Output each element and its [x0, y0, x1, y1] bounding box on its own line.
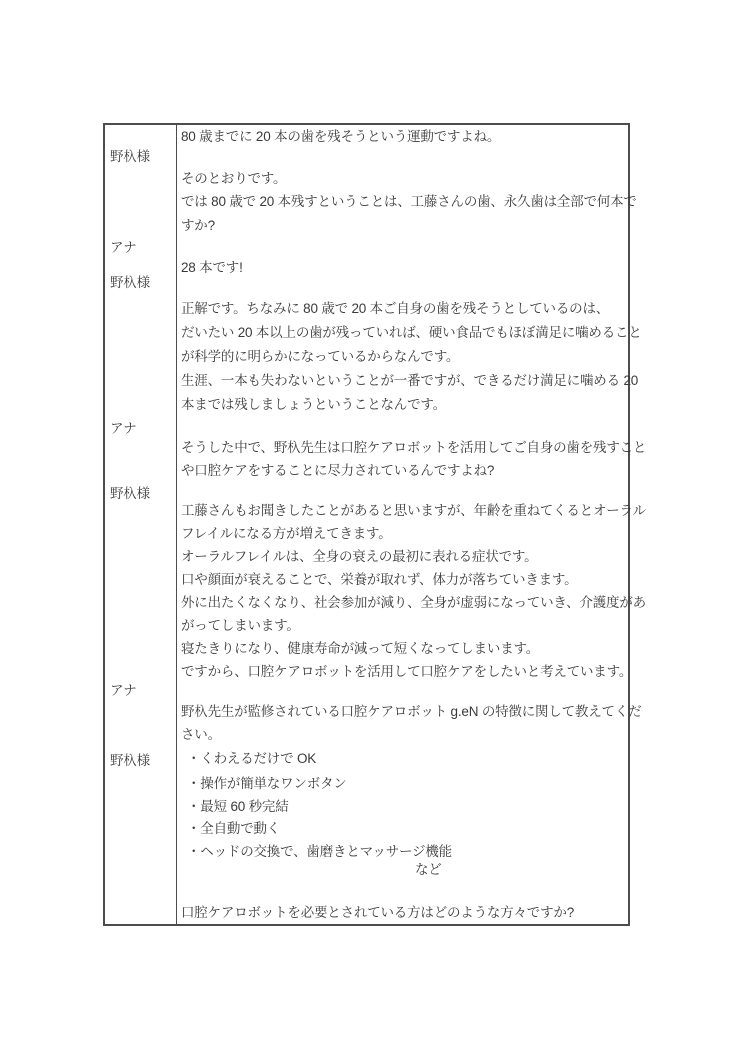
dialogue-line: フレイルになる方が増えてきます。	[181, 526, 392, 543]
dialogue-line: 28 本です!	[181, 260, 243, 277]
dialogue-line: では 80 歳で 20 本残すということは、工藤さんの歯、永久歯は全部で何本で	[181, 194, 637, 211]
dialogue-line: だいたい 20 本以上の歯が残っていれば、硬い食品でもほぼ満足に噛めること	[181, 325, 642, 342]
dialogue-bullet-line: ・ヘッドの交換で、歯磨きとマッサージ機能	[181, 844, 452, 861]
dialogue-line: 口や顔面が衰えることで、栄養が取れず、体力が落ちていきます。	[181, 572, 577, 589]
dialogue-line: や口腔ケアをすることに尽力されているんですよね?	[181, 463, 494, 480]
dialogue-line: 本までは残しましょうということなんです。	[181, 397, 446, 414]
dialogue-line: 野杁先生が監修されている口腔ケアロボット g.eN の特徴に関して教えてくだ	[181, 704, 641, 721]
dialogue-line: オーラルフレイルは、全身の衰えの最初に表れる症状です。	[181, 549, 537, 566]
dialogue-bullet-line: ・くわえるだけで OK	[181, 751, 316, 768]
speaker-label: 野杁様	[110, 486, 150, 502]
dialogue-line: ですから、口腔ケアロボットを活用して口腔ケアをしたいと考えています。	[181, 664, 632, 681]
speaker-label: アナ	[110, 240, 137, 256]
dialogue-line: が科学的に明らかになっているからなんです。	[181, 349, 459, 366]
dialogue-line: そのとおりです。	[181, 171, 286, 188]
dialogue-line: さい。	[181, 727, 221, 744]
dialogue-line: 寝たきりになり、健康寿命が減って短くなってしまいます。	[181, 641, 539, 658]
speaker-label: アナ	[110, 421, 137, 437]
speaker-label: 野杁様	[110, 753, 150, 769]
dialogue-line: そうした中で、野杁先生は口腔ケアロボットを活用してご自身の歯を残すこと	[181, 440, 646, 457]
dialogue-line: 80 歳までに 20 本の歯を残そうという運動ですよね。	[181, 129, 500, 146]
speaker-label: 野杁様	[110, 149, 150, 165]
dialogue-line: 口腔ケアロボットを必要とされている方はどのような方々ですか?	[181, 905, 574, 922]
document-page: 野杁様アナ野杁様アナ野杁様アナ野杁様 80 歳までに 20 本の歯を残そうという…	[0, 0, 736, 1041]
dialogue-line: すか?	[181, 218, 215, 235]
dialogue-line: 正解です。ちなみに 80 歳で 20 本ご自身の歯を残そうとしているのは、	[181, 301, 609, 318]
dialogue-bullet-line: ・全自動で動く	[181, 821, 280, 838]
dialogue-line: 外に出たくなくなり、社会参加が減り、全身が虚弱になっていき、介護度があ	[181, 595, 646, 612]
dialogue-bullet-line: ・最短 60 秒完結	[181, 799, 289, 816]
speaker-label: 野杁様	[110, 275, 150, 291]
dialogue-bullet-line: ・操作が簡単なワンボタン	[181, 776, 347, 793]
table-column-divider	[176, 125, 177, 924]
dialogue-note-line: など	[181, 862, 442, 879]
interview-transcript-table: 野杁様アナ野杁様アナ野杁様アナ野杁様 80 歳までに 20 本の歯を残そうという…	[103, 123, 630, 926]
speaker-label: アナ	[110, 683, 137, 699]
dialogue-line: 工藤さんもお聞きしたことがあると思いますが、年齢を重ねてくるとオーラル	[181, 503, 646, 520]
dialogue-line: 生涯、一本も失わないということが一番ですが、できるだけ満足に噛める 20	[181, 373, 638, 390]
dialogue-line: がってしまいます。	[181, 618, 300, 635]
